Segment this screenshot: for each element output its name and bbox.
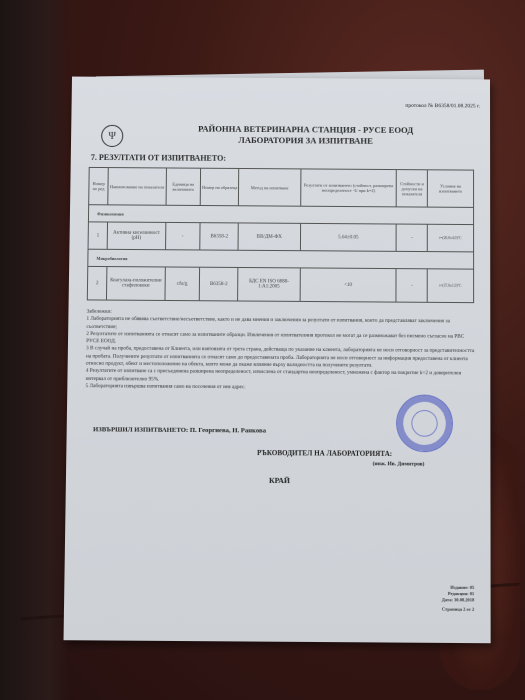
cell-number: 1 bbox=[88, 222, 108, 249]
cell-result: 5.64±0.05 bbox=[300, 223, 396, 251]
cell-indicator: Коагулаза-положителни стафилококи bbox=[107, 267, 165, 301]
cell-conditions: t=(20,0±4,0)°C bbox=[427, 224, 473, 252]
protocol-number: протокол № В6358/01.08.2025 г. bbox=[405, 103, 480, 110]
col-method: Метод на изпитване bbox=[239, 168, 301, 206]
cell-indicator: Активна киселинност (pH) bbox=[107, 222, 165, 250]
col-indicator: Наименование на показателя bbox=[108, 168, 166, 206]
lab-head-label: РЪКОВОДИТЕЛ НА ЛАБОРАТОРИЯТА: bbox=[257, 449, 392, 458]
background-shadow bbox=[0, 0, 70, 700]
issue-date: Дата: 30.08.2018 bbox=[442, 597, 474, 603]
cell-sample: В6358-2 bbox=[200, 223, 239, 251]
note-item: 5 Лабораторията извършва изпитвания само… bbox=[85, 383, 476, 393]
lab-name: ЛАБОРАТОРИЯ ЗА ИЗПИТВАНЕ bbox=[141, 134, 470, 147]
cell-result: <10 bbox=[300, 268, 397, 302]
section-title: 7. РЕЗУЛТАТИ ОТ ИЗПИТВАНЕТО: bbox=[91, 153, 226, 163]
table-row: 2 Коагулаза-положителни стафилококи cfu/… bbox=[87, 266, 473, 302]
cell-conditions: t=(37,0±1,0)°C bbox=[427, 269, 473, 303]
document-footer: Издание: 05 Редакция: 01 Дата: 30.08.201… bbox=[442, 585, 474, 613]
cell-limits: - bbox=[396, 224, 427, 252]
veterinary-emblem-icon: Ψ bbox=[101, 125, 123, 147]
col-result: Резултати от изпитването (стойност, разш… bbox=[300, 169, 396, 207]
col-limits: Стойности и допуски на показателя bbox=[397, 170, 428, 208]
cell-unit: - bbox=[165, 222, 200, 250]
lab-head-name: (инж. Ив. Димитров) bbox=[373, 461, 425, 468]
col-number: Номер по ред bbox=[89, 167, 109, 204]
organization-header: РАЙОННА ВЕТЕРИНАРНА СТАНЦИЯ - РУСЕ ЕООД … bbox=[141, 123, 470, 147]
round-stamp-icon bbox=[393, 391, 457, 456]
end-marker: КРАЙ bbox=[269, 476, 290, 485]
cell-method: ВВ/ДМ-ФХ bbox=[238, 223, 300, 251]
cell-unit: cfu/g bbox=[165, 267, 200, 301]
cell-sample: В6358-2 bbox=[199, 267, 238, 301]
col-unit: Единица на величината bbox=[166, 168, 201, 206]
table-row: 1 Активна киселинност (pH) - В6358-2 ВВ/… bbox=[88, 222, 474, 252]
lab-report-page: протокол № В6358/01.08.2025 г. Ψ РАЙОННА… bbox=[64, 77, 491, 644]
note-item: 3 В случай на проба, предоставена от Кли… bbox=[86, 346, 476, 371]
col-conditions: Условия на изпитването bbox=[427, 170, 473, 208]
cell-method: БДС EN ISO 6888-1:A1:2005 bbox=[238, 267, 300, 301]
cell-number: 2 bbox=[87, 266, 107, 300]
page-number: Страница 2 от 2 bbox=[442, 606, 474, 612]
performed-by: ИЗВЪРШИЛ ИЗПИТВАНЕТО: П. Георгиева, Н. Р… bbox=[93, 426, 266, 434]
table-header-row: Номер по ред Наименование на показателя … bbox=[89, 167, 474, 207]
notes-section: Забележки: 1 Лабораторията не обявява съ… bbox=[85, 309, 476, 394]
results-table: Номер по ред Наименование на показателя … bbox=[87, 167, 474, 303]
col-sample: Номер на образеца bbox=[200, 168, 239, 206]
cell-limits: - bbox=[396, 269, 427, 303]
